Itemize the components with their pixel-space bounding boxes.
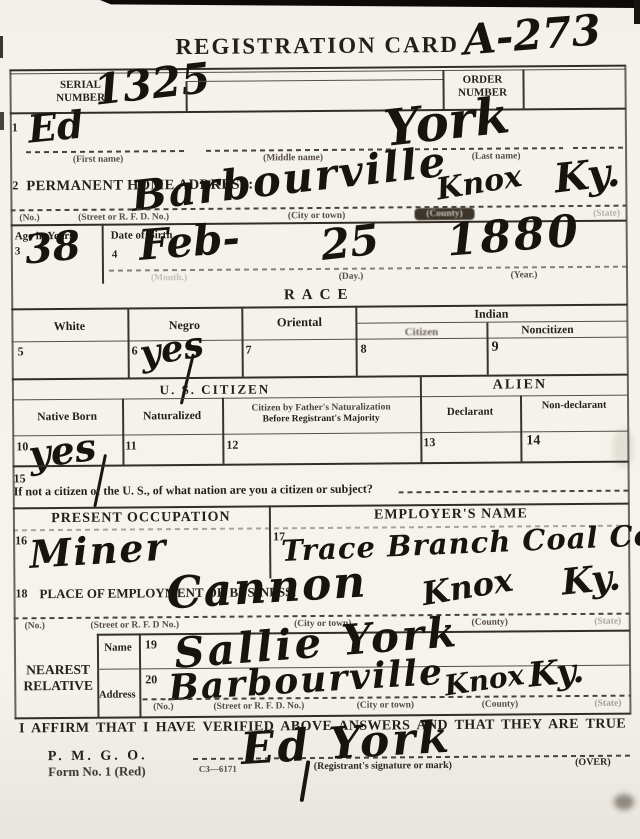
- dob-year-label: (Year.): [489, 270, 559, 281]
- line4-number: 4: [112, 249, 118, 261]
- age-cell-divider: [102, 224, 104, 284]
- serial-cell-top: [185, 79, 442, 82]
- form-number-label: Form No. 1 (Red): [17, 763, 177, 780]
- father-naturalization-label-line2: Before Registrant's Majority: [226, 413, 416, 424]
- line2-number: 2: [12, 178, 18, 193]
- line15-answer-line: [399, 490, 629, 494]
- card-left-edge: [9, 69, 16, 719]
- employment-city-handwritten: Cannon: [165, 560, 368, 616]
- race-citizen-number: 8: [361, 342, 367, 357]
- line1-number: 1: [12, 120, 18, 135]
- citizen-col-line-4: [520, 395, 522, 461]
- race-col-line-4: [486, 323, 488, 375]
- declarant-number: 13: [423, 435, 435, 450]
- registrant-signature-label: (Registrant's signature or mark): [283, 760, 483, 773]
- employment-no-label: (No.): [18, 621, 52, 631]
- race-white-label: White: [19, 319, 119, 335]
- name-underline-first: [26, 150, 186, 153]
- citizen-col-line-3: [420, 375, 422, 462]
- us-citizen-heading: U. S. CITIZEN: [115, 381, 315, 399]
- race-negro-value-handwritten: yes: [137, 326, 206, 372]
- name-underline-tail: [573, 147, 626, 149]
- race-negro-number: 6: [132, 343, 138, 358]
- line18-number: 18: [15, 586, 27, 601]
- dob-day-handwritten: 25: [319, 219, 382, 267]
- naturalized-label: Naturalized: [122, 410, 222, 423]
- relative-city-label: (City or town): [340, 700, 430, 711]
- first-name-handwritten: Ed: [26, 106, 85, 149]
- stamp-number-handwritten: A-273: [462, 9, 603, 62]
- alien-heading: ALIEN: [460, 377, 580, 394]
- relative-address-label: Address: [95, 689, 139, 700]
- race-heading: RACE: [249, 286, 389, 304]
- employment-county-label: (County): [450, 617, 530, 628]
- race-col-line-2: [241, 307, 243, 377]
- line20-number: 20: [145, 672, 157, 687]
- line15-question: If not a citizen of the U. S., of what n…: [14, 482, 373, 500]
- scanned-registration-card: REGISTRATION CARD A-273 SERIAL NUMBER 13…: [0, 0, 640, 839]
- race-oriental-label: Oriental: [249, 315, 349, 331]
- employment-county-handwritten: Knox: [419, 564, 515, 611]
- race-col-line-1: [127, 307, 129, 377]
- employers-name-heading: EMPLOYER'S NAME: [351, 506, 551, 524]
- over-label: (OVER): [563, 757, 623, 768]
- form-code: C3—6171: [193, 764, 243, 774]
- home-address-state-handwritten: Ky.: [552, 152, 622, 199]
- order-cell-right: [522, 69, 524, 108]
- citizen-col-line-1: [122, 399, 124, 465]
- occupation-value-handwritten: Miner: [28, 528, 168, 574]
- relative-name-label: Name: [98, 641, 138, 653]
- nearest-relative-label: NEAREST RELATIVE: [20, 662, 96, 695]
- dob-month-label: (Month.): [134, 273, 204, 284]
- age-value-handwritten: 38: [23, 226, 82, 271]
- naturalized-number: 11: [125, 438, 136, 453]
- employment-state-handwritten: Ky.: [560, 559, 622, 600]
- race-col-line-3: [355, 306, 357, 376]
- race-noncitizen-number: 9: [492, 340, 499, 356]
- relative-no-label: (No.): [146, 702, 180, 712]
- race-indian-citizen-label: Citizen: [371, 326, 471, 339]
- citizen-col-line-2: [222, 398, 224, 464]
- first-name-label: (First name): [38, 154, 158, 165]
- dob-year-handwritten: 1880: [445, 209, 582, 263]
- last-name-label: (Last name): [436, 151, 556, 162]
- race-indian-noncitizen-label: Noncitizen: [497, 324, 597, 337]
- native-born-label: Native Born: [17, 411, 117, 424]
- employment-state-label: (State): [584, 617, 632, 627]
- relative-address-state-handwritten: Ky.: [527, 654, 586, 693]
- line3-number: 3: [15, 245, 21, 257]
- line19-number: 19: [145, 637, 157, 652]
- nondeclarant-label: Non-declarant: [528, 400, 620, 413]
- serial-cell-divider: [185, 81, 187, 111]
- race-indian-label: Indian: [431, 306, 551, 322]
- race-header-underline: [12, 337, 628, 343]
- address-no-label: (No.): [13, 213, 47, 223]
- address-state-label: (State): [585, 209, 629, 219]
- relative-county-label: (County): [462, 699, 537, 710]
- father-naturalization-label-line1: Citizen by Father's Naturalization: [226, 402, 416, 413]
- dob-day-label: (Day.): [316, 271, 386, 282]
- race-white-number: 5: [18, 344, 24, 359]
- serial-number-value: 1325: [92, 57, 213, 112]
- nondeclarant-number: 14: [526, 433, 540, 449]
- line16-number: 16: [15, 533, 27, 548]
- father-naturalization-number: 12: [226, 438, 238, 453]
- declarant-label: Declarant: [425, 405, 515, 418]
- dob-month-handwritten: Feb-: [137, 217, 241, 267]
- race-oriental-number: 7: [246, 343, 252, 358]
- native-born-value-handwritten: yes: [26, 428, 98, 474]
- relative-state-label: (State): [580, 699, 635, 709]
- relative-inner-divider: [139, 633, 141, 717]
- relative-street-label: (Street or R. F. D. No.): [186, 701, 331, 712]
